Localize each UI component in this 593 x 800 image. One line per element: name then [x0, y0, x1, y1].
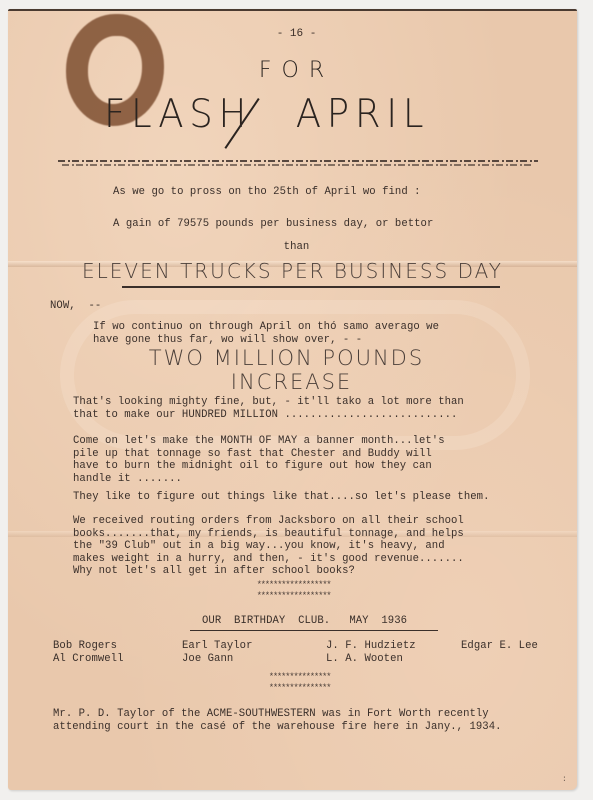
birthday-col-3: J. F. Hudzietz L. A. Wooten	[326, 640, 416, 665]
birthday-col-4: Edgar E. Lee	[461, 640, 538, 653]
paragraph-figure: They like to figure out things like that…	[73, 491, 489, 504]
dashed-divider	[58, 160, 538, 162]
page-number: - 16 -	[0, 28, 593, 40]
paragraph-jacksboro: We received routing orders from Jacksbor…	[73, 515, 464, 578]
title-flash: FLASH	[104, 92, 252, 137]
asterisk-separator: ************************************	[0, 580, 590, 602]
continue-paragraph: If wo continuo on through April on thó s…	[93, 321, 439, 346]
paragraph-fine: That's looking mighty fine, but, - it'll…	[73, 396, 464, 421]
title-flash-april: FLASHAPRIL	[104, 92, 446, 137]
paragraph-may: Come on let's make the MONTH OF MAY a ba…	[73, 435, 445, 485]
birthday-col-2: Earl Taylor Joe Gann	[182, 640, 252, 665]
intro-line-1: As we go to pross on tho 25th of April w…	[113, 186, 421, 199]
intro-line-2: A gain of 79575 pounds per business day,…	[113, 218, 433, 231]
intro-line-3: than	[0, 241, 593, 254]
title-april: APRIL	[296, 92, 430, 137]
headline-two-million: TWO MILLION POUNDS	[0, 346, 583, 370]
dashed-divider	[62, 164, 532, 166]
asterisk-separator: ******************************	[3, 672, 593, 694]
title-for: FOR	[0, 58, 593, 83]
birthday-col-1: Bob Rogers Al Cromwell	[53, 640, 123, 665]
birthday-club-heading: OUR BIRTHDAY CLUB. MAY 1936	[202, 615, 407, 628]
paragraph-taylor: Mr. P. D. Taylor of the ACME-SOUTHWESTER…	[53, 708, 502, 733]
headline-increase: INCREASE	[0, 370, 588, 394]
corner-mark: :	[562, 775, 567, 784]
now-label: NOW, --	[50, 300, 101, 313]
birthday-heading-underline	[190, 630, 438, 631]
headline-underline	[122, 286, 500, 288]
headline-eleven-trucks: ELEVEN TRUCKS PER BUSINESS DAY	[0, 259, 589, 283]
